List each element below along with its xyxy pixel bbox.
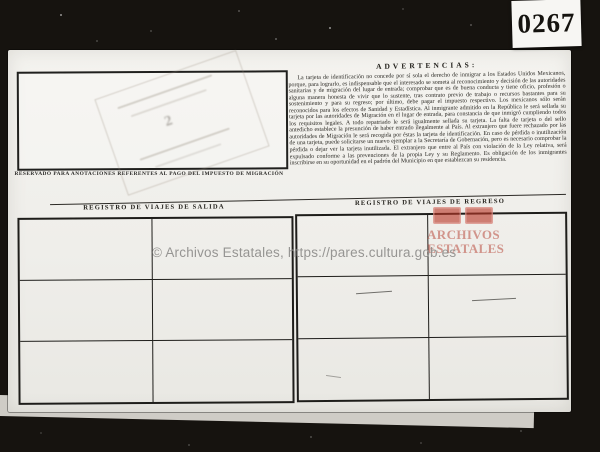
reserved-box-caption: RESERVADO PARA ANOTACIONES REFERENTES AL…	[14, 171, 284, 177]
advertencias-block: ADVERTENCIAS: La tarjeta de identificaci…	[288, 59, 567, 167]
table-cell	[20, 341, 154, 403]
table-cell	[429, 275, 566, 338]
stamp-number-mark: 2	[162, 112, 175, 131]
scanned-archive-page: { "scan": { "id_number": "0267" }, "docu…	[0, 0, 600, 452]
table-cell	[153, 279, 292, 341]
table-cell	[298, 338, 430, 401]
table-cell	[19, 219, 153, 281]
copyright-watermark: © Archivos Estatales, https://pares.cult…	[152, 245, 456, 260]
table-cell	[153, 340, 292, 402]
logo-squares-icon	[427, 207, 499, 224]
table-cell	[20, 280, 154, 342]
archival-number-slip: 0267	[511, 0, 581, 48]
logo-text-line1: ARCHIVOS	[427, 228, 499, 242]
logo-square-icon	[465, 207, 493, 224]
salida-section-title: REGISTRO DE VIAJES DE SALIDA	[18, 203, 290, 212]
advertencias-text: La tarjeta de identificación no concede …	[288, 71, 567, 167]
table-cell	[298, 276, 430, 339]
stamp-text-smudge	[155, 143, 222, 168]
archival-number: 0267	[517, 7, 576, 40]
table-cell	[430, 336, 567, 399]
logo-square-icon	[433, 207, 461, 224]
reserved-annotations-box: 2	[17, 70, 289, 170]
